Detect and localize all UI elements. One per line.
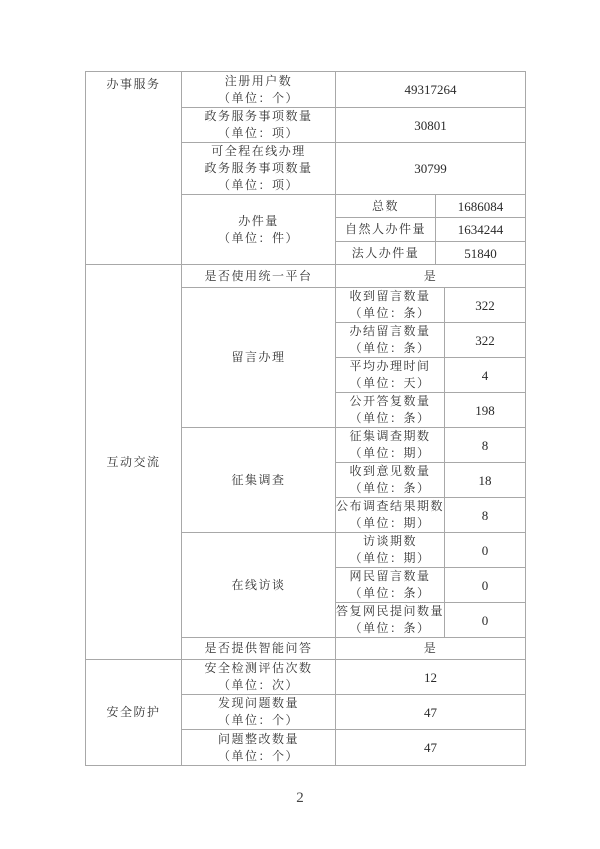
- interview-periods-label: 访谈期数 （单位：期）: [335, 532, 445, 568]
- security-issues-value: 47: [335, 694, 526, 730]
- section-label: 互动交流: [106, 454, 160, 471]
- interview-group-label: 在线访谈: [181, 532, 336, 638]
- section-interaction: 互动交流: [85, 264, 182, 660]
- service-items-label: 政务服务事项数量 （单位：项）: [181, 107, 336, 143]
- security-fixed-value: 47: [335, 729, 526, 766]
- security-checks-value: 12: [335, 659, 526, 695]
- cases-total-value: 1686084: [435, 194, 526, 218]
- service-items-value: 30801: [335, 107, 526, 143]
- messages-group-label: 留言办理: [181, 287, 336, 428]
- survey-periods-label: 征集调查期数 （单位：期）: [335, 427, 445, 463]
- online-items-label: 可全程在线办理 政务服务事项数量 （单位：项）: [181, 142, 336, 195]
- messages-avg-time-label: 平均办理时间 （单位：天）: [335, 357, 445, 393]
- survey-opinions-label: 收到意见数量 （单位：条）: [335, 462, 445, 498]
- interview-periods-value: 0: [444, 532, 526, 568]
- unified-platform-value: 是: [335, 264, 526, 288]
- messages-public-reply-label: 公开答复数量 （单位：条）: [335, 392, 445, 428]
- cases-legal-value: 51840: [435, 241, 526, 265]
- messages-closed-value: 322: [444, 322, 526, 358]
- page-number: 2: [0, 790, 600, 807]
- registered-users-value: 49317264: [335, 71, 526, 108]
- interview-replies-value: 0: [444, 602, 526, 638]
- registered-users-label: 注册用户数 （单位：个）: [181, 71, 336, 108]
- section-label: 办事服务: [106, 76, 160, 93]
- section-label: 安全防护: [106, 704, 160, 721]
- security-fixed-label: 问题整改数量 （单位：个）: [181, 729, 336, 766]
- messages-public-reply-value: 198: [444, 392, 526, 428]
- messages-avg-time-value: 4: [444, 357, 526, 393]
- survey-periods-value: 8: [444, 427, 526, 463]
- smart-qa-value: 是: [335, 637, 526, 660]
- interview-messages-label: 网民留言数量 （单位：条）: [335, 567, 445, 603]
- messages-received-label: 收到留言数量 （单位：条）: [335, 287, 445, 323]
- cases-label: 办件量 （单位：件）: [181, 194, 336, 265]
- survey-group-label: 征集调查: [181, 427, 336, 533]
- unified-platform-label: 是否使用统一平台: [181, 264, 336, 288]
- messages-received-value: 322: [444, 287, 526, 323]
- cases-natural-label: 自然人办件量: [335, 217, 436, 242]
- security-checks-label: 安全检测评估次数 （单位：次）: [181, 659, 336, 695]
- survey-opinions-value: 18: [444, 462, 526, 498]
- interview-replies-label: 答复网民提问数量 （单位：条）: [335, 602, 445, 638]
- smart-qa-label: 是否提供智能问答: [181, 637, 336, 660]
- cases-natural-value: 1634244: [435, 217, 526, 242]
- messages-closed-label: 办结留言数量 （单位：条）: [335, 322, 445, 358]
- section-security: 安全防护: [85, 659, 182, 766]
- survey-results-value: 8: [444, 497, 526, 533]
- section-service: 办事服务: [85, 71, 182, 265]
- security-issues-label: 发现问题数量 （单位：个）: [181, 694, 336, 730]
- online-items-value: 30799: [335, 142, 526, 195]
- cases-legal-label: 法人办件量: [335, 241, 436, 265]
- interview-messages-value: 0: [444, 567, 526, 603]
- cases-total-label: 总数: [335, 194, 436, 218]
- survey-results-label: 公布调查结果期数 （单位：期）: [335, 497, 445, 533]
